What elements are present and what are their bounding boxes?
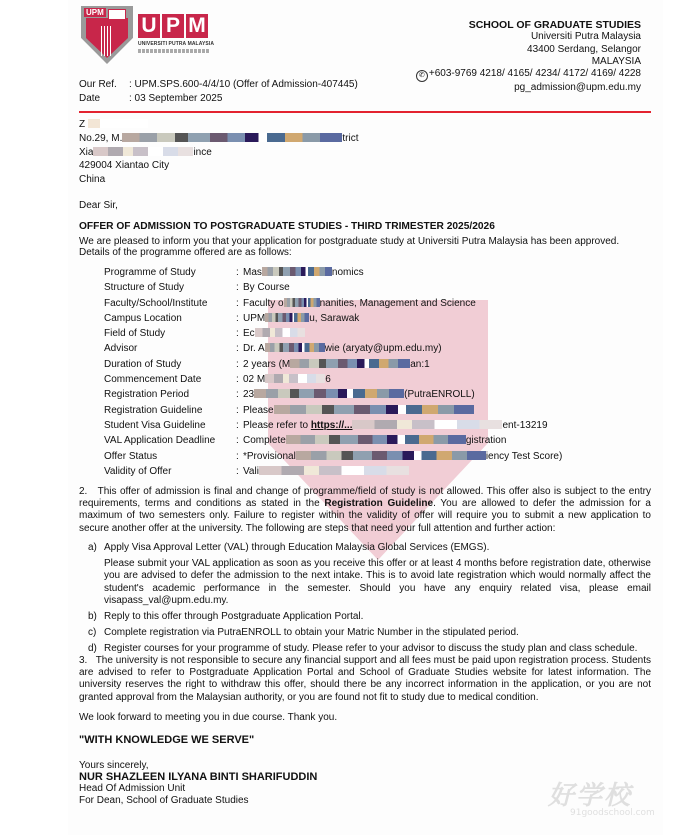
- signature-block: Yours sincerely, NUR SHAZLEEN ILYANA BIN…: [79, 760, 317, 806]
- step-text: Register courses for your programme of s…: [104, 643, 651, 655]
- detail-label: VAL Application Deadline: [104, 433, 236, 448]
- detail-value-text: nomics: [332, 267, 364, 278]
- step-marker: d): [88, 643, 104, 655]
- step-text: Apply Visa Approval Letter (VAL) through…: [104, 542, 651, 554]
- school-title: SCHOOL OF GRADUATE STUDIES: [416, 19, 641, 31]
- detail-label: Offer Status: [104, 449, 236, 464]
- detail-row: Registration Period:23(PutraENROLL): [104, 387, 562, 402]
- detail-label: Commencement Date: [104, 372, 236, 387]
- school-line: MALAYSIA: [416, 56, 641, 68]
- detail-value: Please: [243, 403, 474, 418]
- watermark-text: 好学校: [548, 775, 673, 812]
- school-line: 43400 Serdang, Selangor: [416, 44, 641, 56]
- book-icon: [108, 9, 126, 20]
- detail-colon: :: [236, 296, 243, 311]
- logo-letter-u: U: [138, 14, 160, 38]
- signatory-title: Head Of Admission Unit: [79, 783, 317, 795]
- detail-value-text: ent-13219: [502, 420, 547, 431]
- detail-value-text: wie (aryaty@upm.edu.my): [325, 343, 442, 354]
- detail-row: Programme of Study:Masnomics: [104, 265, 562, 280]
- detail-colon: :: [236, 265, 243, 280]
- detail-colon: :: [236, 311, 243, 326]
- redaction: [259, 466, 409, 475]
- detail-colon: :: [236, 372, 243, 387]
- detail-colon: :: [236, 433, 243, 448]
- detail-value-text: Ec: [243, 328, 255, 339]
- redaction: [265, 374, 325, 383]
- detail-colon: :: [236, 418, 243, 433]
- site-watermark: 好学校 91goodschool.com: [548, 775, 673, 825]
- detail-value-text: (PutraENROLL): [404, 389, 475, 400]
- detail-value: 23(PutraENROLL): [243, 387, 475, 402]
- detail-value: Ec: [243, 326, 305, 341]
- logo-letter-m: M: [186, 14, 208, 38]
- address-line: 429004 Xiantao City: [79, 159, 358, 173]
- step-text: Reply to this offer through Postgraduate…: [104, 611, 651, 623]
- detail-value: Vali: [243, 464, 409, 479]
- detail-value: Please refer to https://...ent-13219: [243, 418, 548, 433]
- reference-block: Our Ref.: UPM.SPS.600-4/4/10 (Offer of A…: [79, 78, 358, 105]
- redaction: [274, 405, 474, 414]
- school-address: SCHOOL OF GRADUATE STUDIES Universiti Pu…: [416, 19, 641, 94]
- redaction: [122, 133, 342, 142]
- phone-icon: ✆: [416, 70, 428, 82]
- detail-colon: :: [236, 387, 243, 402]
- logo-tag: UPM: [84, 8, 106, 17]
- school-email[interactable]: pg_admission@upm.edu.my: [416, 82, 641, 94]
- detail-value-text: *Provisional: [243, 451, 296, 462]
- detail-value-text: Dr. A: [243, 343, 265, 354]
- detail-value-text: Please refer to: [243, 420, 311, 431]
- ref-label: Our Ref.: [79, 78, 129, 92]
- date-label: Date: [79, 92, 129, 106]
- detail-row: VAL Application Deadline:Completegistrat…: [104, 433, 562, 448]
- detail-value: Masnomics: [243, 265, 364, 280]
- letter-subject: OFFER OF ADMISSION TO POSTGRADUATE STUDI…: [79, 221, 495, 232]
- step-marker: b): [88, 611, 104, 623]
- detail-row: Faculty/School/Institute:Faculty onaniti…: [104, 296, 562, 311]
- detail-value: Faculty onanities, Management and Scienc…: [243, 296, 476, 311]
- salutation: Dear Sir,: [79, 200, 118, 211]
- detail-value-text: 6: [325, 374, 331, 385]
- action-steps: a)Apply Visa Approval Letter (VAL) throu…: [88, 542, 651, 660]
- step-marker: c): [88, 627, 104, 639]
- redaction: [290, 359, 410, 368]
- programme-details: Programme of Study:MasnomicsStructure of…: [104, 265, 562, 479]
- detail-label: Faculty/School/Institute: [104, 296, 236, 311]
- address-country: China: [79, 173, 358, 187]
- redaction: [255, 328, 305, 337]
- detail-label: Validity of Offer: [104, 464, 236, 479]
- signatory-name: NUR SHAZLEEN ILYANA BINTI SHARIFUDDIN: [79, 772, 317, 784]
- header-divider: [79, 111, 651, 113]
- logo-subtitle: UNIVERSITI PUTRA MALAYSIA: [138, 41, 214, 47]
- detail-value-text: 23: [243, 389, 254, 400]
- detail-value-text: Please: [243, 405, 274, 416]
- detail-label: Duration of Study: [104, 357, 236, 372]
- school-phone: ✆+603-9769 4218/ 4165/ 4234/ 4172/ 4169/…: [416, 68, 641, 82]
- redaction: [265, 313, 309, 322]
- redaction: [262, 267, 332, 276]
- university-motto: "WITH KNOWLEDGE WE SERVE": [79, 734, 254, 746]
- detail-value-text: By Course: [243, 282, 290, 293]
- detail-row: Registration Guideline:Please: [104, 403, 562, 418]
- detail-label: Registration Period: [104, 387, 236, 402]
- ref-value: : UPM.SPS.600-4/4/10 (Offer of Admission…: [129, 79, 358, 90]
- detail-row: Offer Status:*Provisionaliency Test Scor…: [104, 449, 562, 464]
- detail-value-text: 02 M: [243, 374, 265, 385]
- detail-value-text: gistration: [466, 435, 507, 446]
- redaction: [88, 119, 148, 128]
- address-line: No.29, M.: [79, 133, 122, 144]
- detail-colon: :: [236, 326, 243, 341]
- step-detail: Please submit your VAL application as so…: [104, 558, 651, 607]
- detail-value: UPMu, Sarawak: [243, 311, 359, 326]
- paragraph-number: 3.: [79, 655, 87, 666]
- detail-value-text: an:1: [410, 359, 429, 370]
- step-marker: a): [88, 542, 104, 607]
- detail-row: Advisor:Dr. Awie (aryaty@upm.edu.my): [104, 341, 562, 356]
- action-step: a)Apply Visa Approval Letter (VAL) throu…: [88, 542, 651, 607]
- address-line: trict: [342, 133, 358, 144]
- redaction: [296, 451, 486, 460]
- detail-colon: :: [236, 403, 243, 418]
- detail-value-text: Vali: [243, 466, 259, 477]
- step-text: Complete registration via PutraENROLL to…: [104, 627, 651, 639]
- detail-value: 2 years (Man:1: [243, 357, 430, 372]
- signatory-office: For Dean, School of Graduate Studies: [79, 795, 317, 807]
- detail-value-text: Mas: [243, 267, 262, 278]
- action-step: c)Complete registration via PutraENROLL …: [88, 627, 651, 639]
- registration-guideline-ref: Registration Guideline: [324, 498, 433, 509]
- detail-label: Advisor: [104, 341, 236, 356]
- paragraph-2: 2. This offer of admission is final and …: [79, 486, 651, 535]
- school-line: Universiti Putra Malaysia: [416, 31, 641, 43]
- address-line: ince: [193, 147, 211, 158]
- detail-value: By Course: [243, 280, 290, 295]
- action-step: d)Register courses for your programme of…: [88, 643, 651, 655]
- address-line: Xia: [79, 147, 93, 158]
- detail-colon: :: [236, 449, 243, 464]
- detail-value: Completegistration: [243, 433, 506, 448]
- detail-value-text: nanities, Management and Science: [320, 298, 476, 309]
- detail-colon: :: [236, 357, 243, 372]
- detail-value-text: UPM: [243, 313, 265, 324]
- redaction: [93, 147, 193, 156]
- detail-value-text: Complete: [243, 435, 286, 446]
- detail-row: Student Visa Guideline:Please refer to h…: [104, 418, 562, 433]
- redaction: [254, 389, 404, 398]
- redaction: [286, 435, 466, 444]
- detail-label: Student Visa Guideline: [104, 418, 236, 433]
- detail-row: Duration of Study:2 years (Man:1: [104, 357, 562, 372]
- action-step: b)Reply to this offer through Postgradua…: [88, 611, 651, 623]
- detail-colon: :: [236, 280, 243, 295]
- detail-row: Commencement Date:02 M6: [104, 372, 562, 387]
- phone-number: +603-9769 4218/ 4165/ 4234/ 4172/ 4169/ …: [429, 68, 641, 79]
- paragraph-number: 2.: [79, 486, 87, 497]
- detail-value-text: iency Test Score): [486, 451, 563, 462]
- addressee-name: Z: [79, 119, 85, 130]
- redaction: [352, 420, 502, 429]
- logo-letter-p: P: [162, 14, 184, 38]
- detail-row: Campus Location:UPMu, Sarawak: [104, 311, 562, 326]
- detail-value-text: u, Sarawak: [309, 313, 359, 324]
- detail-colon: :: [236, 341, 243, 356]
- detail-label: Structure of Study: [104, 280, 236, 295]
- visa-guideline-link[interactable]: https://...: [311, 420, 353, 431]
- addressee: Z No.29, M.trict Xiaince 429004 Xiantao …: [79, 118, 358, 187]
- watermark-url: 91goodschool.com: [570, 808, 673, 818]
- detail-label: Programme of Study: [104, 265, 236, 280]
- logo-motto-bar: [138, 49, 210, 53]
- closing-line: We look forward to meeting you in due co…: [79, 712, 337, 723]
- upm-logo: UPM U P M UNIVERSITI PUTRA MALAYSIA: [81, 6, 215, 68]
- detail-value: Dr. Awie (aryaty@upm.edu.my): [243, 341, 442, 356]
- detail-colon: :: [236, 464, 243, 479]
- redaction: [284, 298, 320, 307]
- detail-label: Field of Study: [104, 326, 236, 341]
- detail-row: Field of Study:Ec: [104, 326, 562, 341]
- intro-paragraph: We are pleased to inform you that your a…: [79, 236, 651, 259]
- detail-row: Validity of Offer:Vali: [104, 464, 562, 479]
- detail-value-text: 2 years (M: [243, 359, 290, 370]
- detail-value: 02 M6: [243, 372, 331, 387]
- detail-label: Registration Guideline: [104, 403, 236, 418]
- paragraph-3: 3. The university is not responsible to …: [79, 655, 651, 704]
- logo-wordmark: U P M: [138, 14, 208, 38]
- detail-value: *Provisionaliency Test Score): [243, 449, 562, 464]
- date-value: : 03 September 2025: [129, 93, 222, 104]
- detail-label: Campus Location: [104, 311, 236, 326]
- redaction: [265, 343, 325, 352]
- detail-value-text: Faculty o: [243, 298, 284, 309]
- valediction: Yours sincerely,: [79, 760, 317, 772]
- paragraph-text: The university is not responsible to sec…: [79, 655, 651, 703]
- detail-row: Structure of Study:By Course: [104, 280, 562, 295]
